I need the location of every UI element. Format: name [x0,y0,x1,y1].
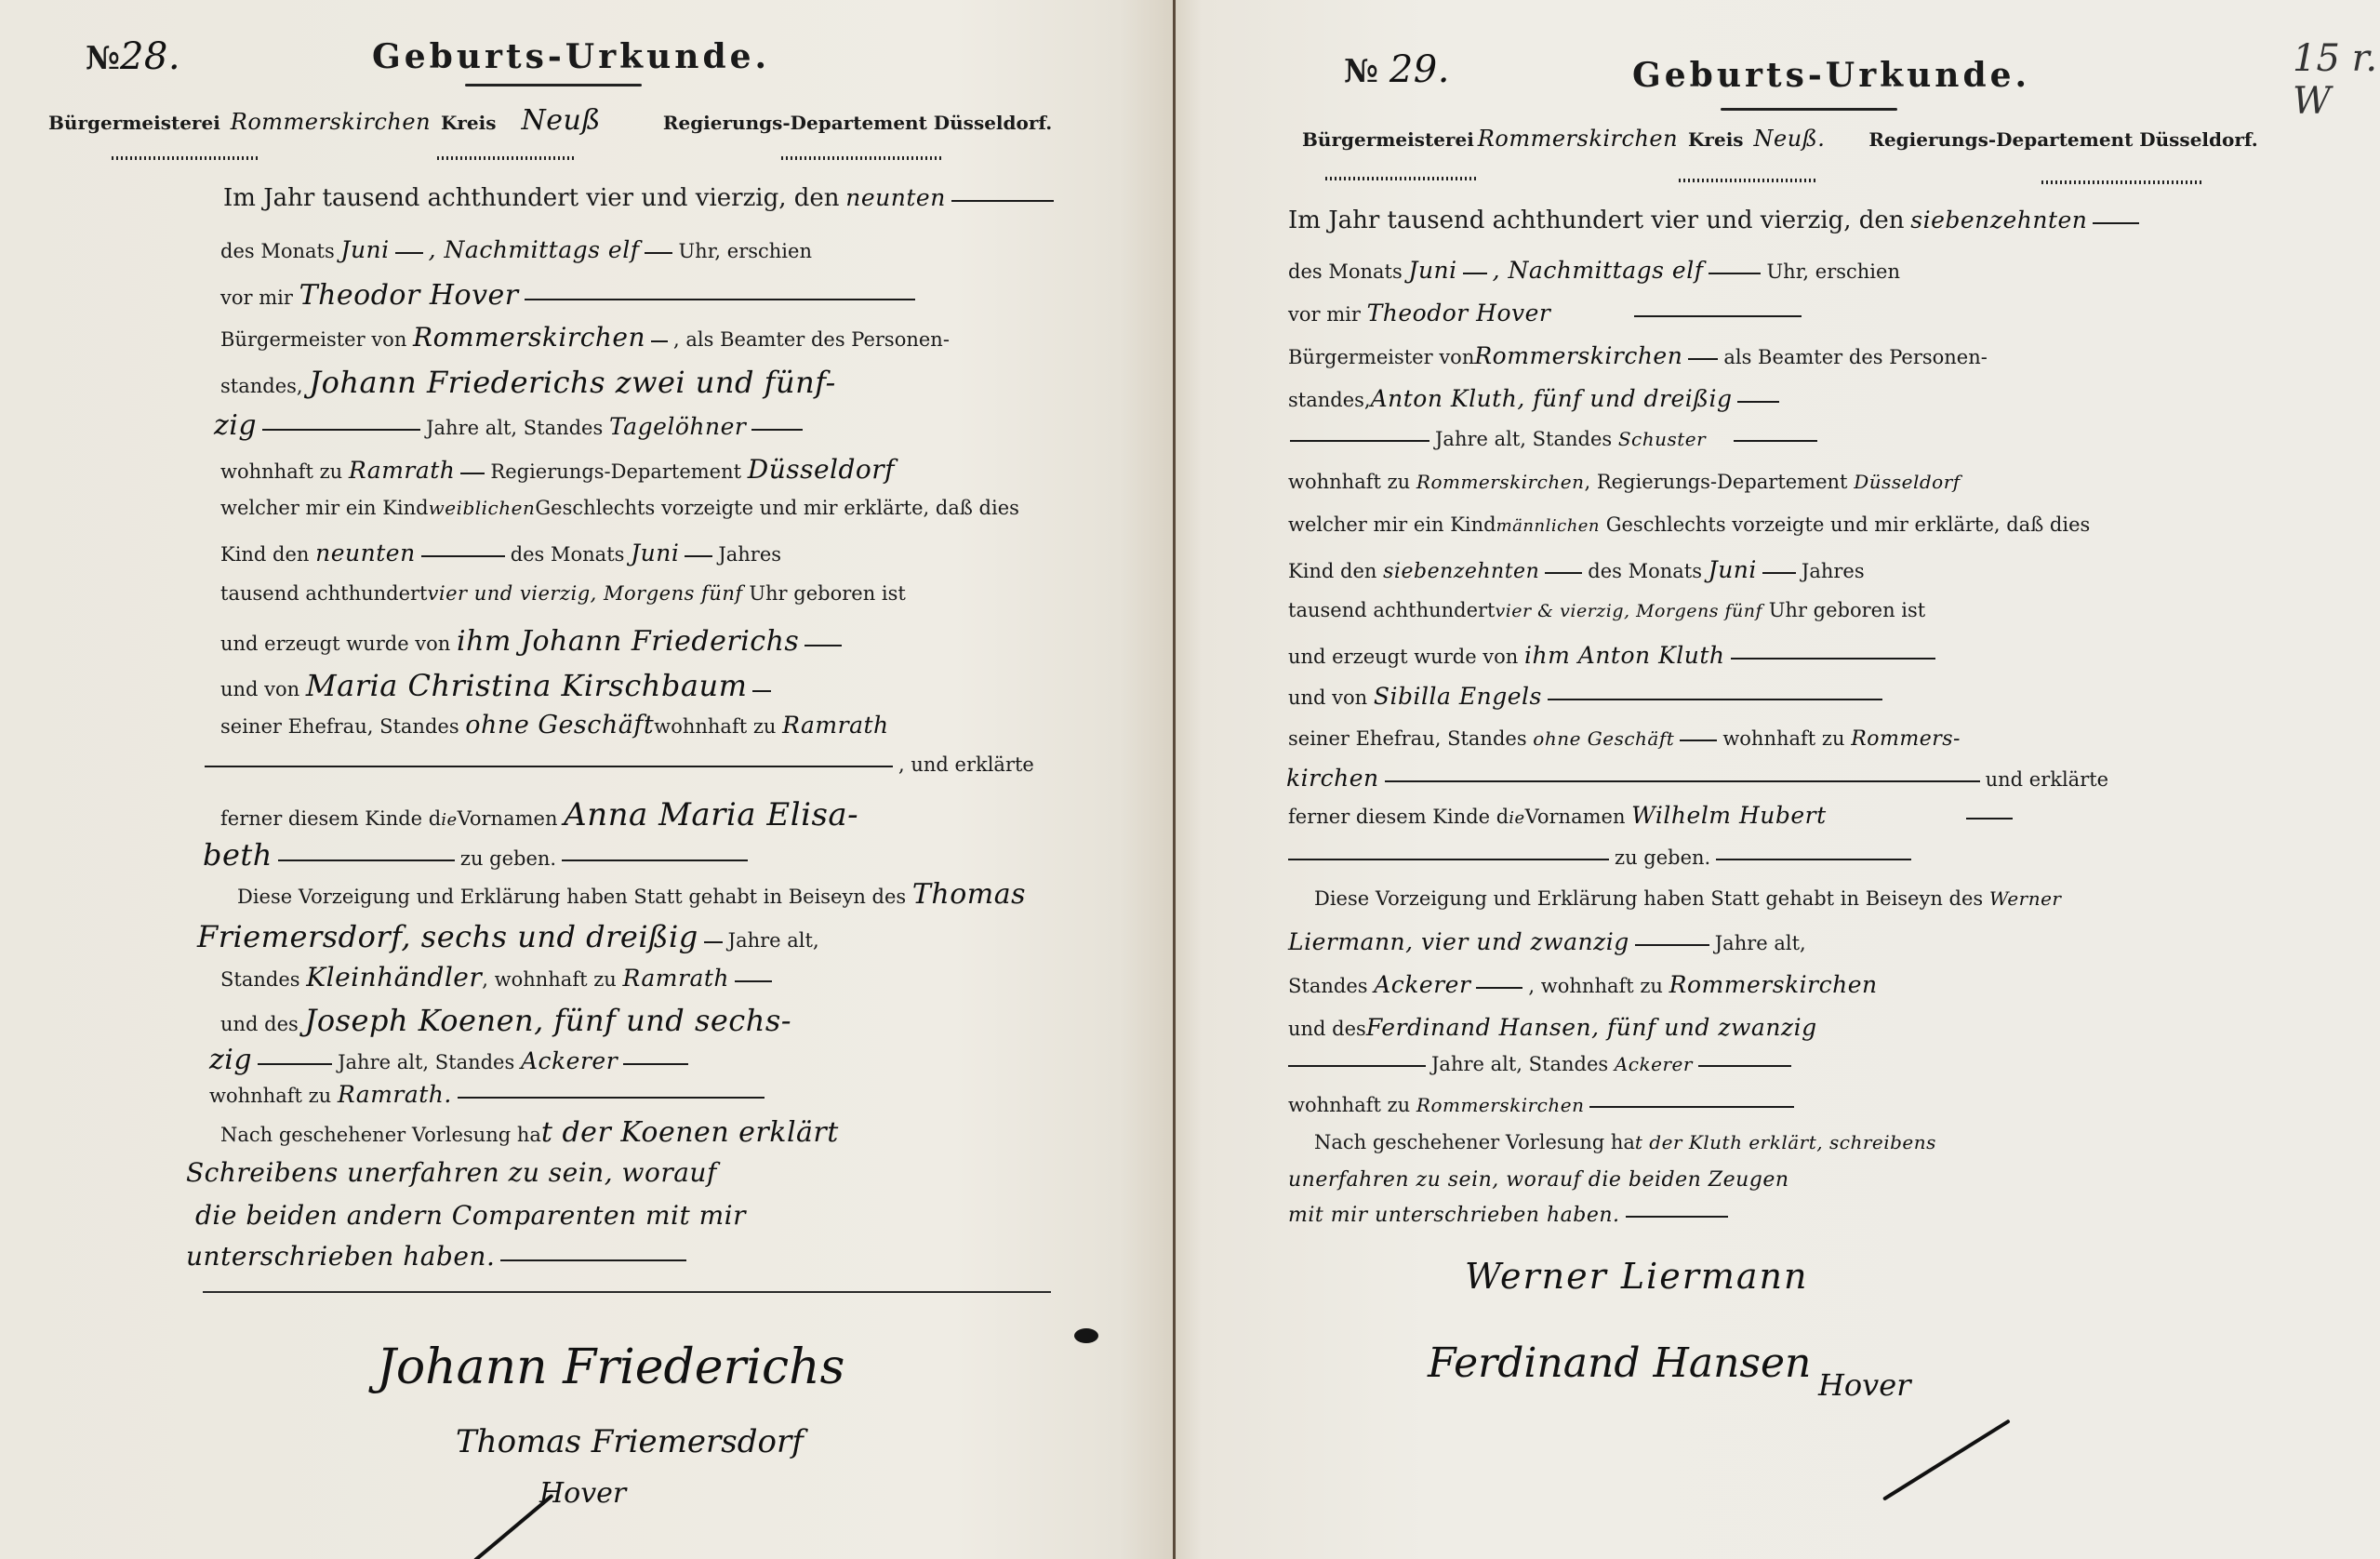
printed-text: des Monats [1588,560,1702,582]
text-line: Im Jahr tausend achthundert vier und vie… [223,184,1059,212]
buergermeisterei-value: Rommerskirchen [231,109,431,135]
handwritten-entry: ihm Anton Kluth [1524,642,1724,669]
fill-line [1288,859,1609,860]
printed-text: Uhr geboren ist [749,582,906,605]
handwritten-entry: neunten [845,184,946,211]
printed-text: wohnhaft zu [220,460,342,483]
handwritten-entry: vier und vierzig, Morgens fünf [428,582,743,605]
printed-text: als Beamter des Personen- [1723,346,1988,368]
text-line: Im Jahr tausend achthundert vier und vie… [1288,207,2145,234]
text-line: Schreibens unerfahren zu sein, worauf [186,1157,717,1188]
text-line: vor mir Theodor Hover [1288,300,1807,326]
fill-line [1548,699,1882,700]
printed-text: und erklärte [1986,768,2109,791]
title-rule [1721,108,1897,111]
certificate-title: Geburts-Urkunde. [372,37,770,76]
handwritten-entry: Tagelöhner [609,413,746,440]
printed-text: Geschlechts vorzeigte und mir erklärte, … [1606,513,2091,536]
printed-text: Diese Vorzeigung und Erklärung haben Sta… [1314,887,1983,910]
handwritten-entry: Theodor Hover [299,279,519,312]
text-line: Friemersdorf, sechs und dreißigJahre alt… [197,919,819,954]
certificate-number-value: 29. [1389,48,1450,91]
printed-text: Jahre alt, Standes [338,1051,514,1073]
fill-line [278,859,455,861]
printed-text: Jahre alt, Standes [1435,428,1612,450]
printed-text: des Monats [1288,260,1403,283]
fill-line [1680,740,1717,741]
printed-text: ferner diesem Kinde d [220,807,441,830]
printed-text: und von [220,678,299,700]
printed-text: wohnhaft zu [209,1085,331,1107]
margin-annotation: 15 r. W [2293,37,2380,123]
handwritten-entry: Anton Kluth, fünf und dreißig [1371,385,1733,412]
text-line: wohnhaft zu Rommerskirchen [1288,1094,1800,1116]
printed-text: Uhr, erschien [678,240,812,262]
printed-text: , Regierungs-Departement [1584,471,1847,493]
text-line: vor mir Theodor Hover [220,279,921,312]
kreis-label: Kreis [441,112,497,134]
printed-text: zu geben. [1615,846,1710,869]
printed-text: Vornamen [458,807,558,830]
text-line: Kind den neuntendes Monats JuniJahres [220,540,781,566]
handwritten-entry: männlichen [1496,516,1600,536]
fill-line [651,340,668,342]
text-line: Diese Vorzeigung und Erklärung haben Sta… [1314,887,2062,910]
text-line: zu geben. [1288,846,1917,869]
fill-line [1290,440,1429,442]
text-line: des Monats Juni, Nachmittags elfUhr, ers… [220,236,812,263]
printed-text: und erzeugt wurde von [220,633,450,655]
handwritten-entry: neunten [315,540,416,566]
printed-text: Geschlechts vorzeigte und mir erklärte, … [535,497,1019,519]
ink-blot [1074,1328,1098,1343]
printed-text: Bürgermeister von [1288,346,1474,368]
printed-text: Standes [1288,975,1368,997]
printed-text: wohnhaft zu [1722,727,1844,750]
printed-text: welcher mir ein Kind [220,497,429,519]
handwritten-entry: unterschrieben haben. [186,1241,495,1272]
handwritten-entry: Rommers- [1851,727,1961,751]
fill-line [525,299,915,300]
handwritten-entry: Johann Friederichs zwei und fünf- [309,365,835,400]
printed-text: , als Beamter des Personen- [673,328,950,351]
signature-mayor: Hover [539,1477,626,1510]
fill-line [421,555,505,557]
handwritten-entry: t der Koenen erklärt [541,1116,839,1149]
printed-text: , und erklärte [898,753,1034,776]
text-line: mit mir unterschrieben haben. [1288,1204,1734,1227]
fill-line [1626,1216,1728,1218]
fill-line [2093,222,2139,224]
text-line: Jahre alt, Standes Ackerer [1288,1053,1797,1075]
text-line: Nach geschehener Vorlesung hat der Koene… [220,1116,839,1149]
text-line: und des Joseph Koenen, fünf und sechs- [220,1003,791,1038]
printed-text: tausend achthundert [1288,599,1496,621]
printed-text: wohnhaft zu [1288,1094,1410,1116]
regierung-label: Regierungs-Departement Düsseldorf. [663,112,1052,134]
text-line: Diese Vorzeigung und Erklärung haben Sta… [237,878,1026,911]
printed-text: , wohnhaft zu [482,968,617,991]
fill-line [1545,572,1582,574]
printed-text: vor mir [1288,303,1361,326]
fill-line [1463,273,1487,274]
printed-text: standes, [220,375,303,397]
text-line: zigJahre alt, Standes Tagelöhner [214,409,808,442]
signature-divider [203,1291,1051,1293]
fill-line [1634,315,1802,317]
handwritten-entry: Ramrath [622,965,729,992]
printed-text: Kind den [220,543,309,566]
printed-text: wohnhaft zu [1288,471,1410,493]
printed-text: seiner Ehefrau, Standes [220,715,459,738]
text-line: und erzeugt wurde von ihm Anton Kluth [1288,642,1941,669]
fill-line [951,200,1054,202]
decorative-rule [112,156,260,160]
printed-text: Kind den [1288,560,1376,582]
printed-text: Im Jahr tausend achthundert vier und vie… [223,184,840,212]
handwritten-entry: ie [1509,808,1524,828]
printed-text: Regierungs-Departement [490,460,741,483]
kreis-value: Neuß [522,104,601,137]
handwritten-entry: Ramrath [782,712,889,739]
text-line: Kind den siebenzehntendes Monats JuniJah… [1288,556,1865,583]
text-line: seiner Ehefrau, Standes ohne Geschäftwoh… [1288,727,1961,751]
buergermeisterei-value: Rommerskirchen [1478,126,1678,152]
certificate-number: № 29. [1344,48,1450,91]
text-line: die beiden andern Comparenten mit mir [195,1200,746,1231]
handwritten-entry: t der Kluth erklärt, schreibens [1635,1131,1936,1153]
handwritten-entry: Ackerer [1374,971,1470,998]
handwritten-entry: Rommerskirchen [1416,471,1585,493]
handwritten-entry: kirchen [1286,765,1379,792]
handwritten-entry: zig [214,409,257,442]
handwritten-entry: die beiden andern Comparenten mit mir [195,1200,746,1231]
handwritten-entry: unerfahren zu sein, worauf die beiden Ze… [1288,1168,1789,1192]
header-row: Bürgermeisterei Rommerskirchen Kreis Neu… [48,104,1052,137]
text-line: welcher mir ein Kindmännlichen Geschlech… [1288,513,2090,536]
left-page-certificate-28: №28. Geburts-Urkunde. Bürgermeisterei Ro… [0,0,1172,1559]
text-line: und von Sibilla Engels [1288,683,1888,710]
handwritten-entry: Juni [631,540,679,566]
printed-text: Jahre alt, Standes [1431,1053,1608,1075]
handwritten-entry: Rommerskirchen [1669,971,1878,998]
printed-text: Jahres [718,543,781,566]
text-line: unterschrieben haben. [186,1241,692,1272]
handwritten-entry: Ramrath. [338,1081,452,1108]
printed-text: Jahres [1802,560,1865,582]
handwritten-entry: Friemersdorf, sechs und dreißig [197,919,698,954]
handwritten-entry: , Nachmittags elf [429,236,640,263]
certificate-title: Geburts-Urkunde. [1632,56,2030,95]
fill-line [1476,987,1522,989]
fill-line [1589,1106,1794,1108]
certificate-number-value: 28. [120,35,180,78]
handwritten-entry: Düsseldorf [1854,471,1960,493]
signature-flourish [1882,1419,2011,1501]
fill-line [1716,859,1911,860]
kreis-label: Kreis [1688,128,1744,151]
fill-line [1966,818,2013,819]
text-line: des Monats Juni, Nachmittags elfUhr, ers… [1288,257,1900,284]
fill-line [1709,273,1761,274]
text-line: Jahre alt, Standes Schuster [1290,428,1823,450]
handwritten-entry: beth [203,837,273,873]
handwritten-entry: , Nachmittags elf [1493,257,1704,284]
right-page-certificate-29: № 29. Geburts-Urkunde. BürgermeistereiRo… [1177,0,2380,1559]
printed-text: Nach geschehener Vorlesung ha [220,1124,541,1146]
printed-text: zu geben. [460,847,556,870]
printed-text: und des [1288,1018,1366,1040]
handwritten-entry: ohne Geschäft [465,711,654,740]
text-line: ferner diesem Kinde dieVornamen Anna Mar… [220,796,858,833]
text-line: Bürgermeister vonRommerskirchenals Beamt… [1288,342,1988,369]
fill-line [704,941,723,943]
text-line: und desFerdinand Hansen, fünf und zwanzi… [1288,1014,1817,1041]
handwritten-entry: Theodor Hover [1367,300,1551,326]
text-line: wohnhaft zu Ramrath. [209,1081,770,1108]
buergermeisterei-label: Bürgermeisterei [48,112,220,134]
number-sign: № [86,40,120,77]
printed-text: Bürgermeister von [220,328,406,351]
printed-text: Uhr geboren ist [1769,599,1926,621]
text-line: und von Maria Christina Kirschbaum [220,668,777,703]
text-line: tausend achthundertvier und vierzig, Mor… [220,582,906,605]
handwritten-entry: weiblichen [429,497,536,519]
handwritten-entry: zig [209,1044,252,1076]
fill-line [623,1063,688,1065]
printed-text: Diese Vorzeigung und Erklärung haben Sta… [237,886,906,908]
handwritten-entry: siebenzehnten [1383,560,1539,583]
fill-line [500,1259,686,1261]
handwritten-entry: Kleinhändler [306,962,482,993]
printed-text: standes, [1288,389,1371,411]
book-gutter [1173,0,1176,1559]
fill-line [205,766,893,767]
title-rule [465,84,642,87]
printed-text: wohnhaft zu [654,715,776,738]
handwritten-entry: Ramrath [349,457,456,484]
printed-text: Nach geschehener Vorlesung ha [1314,1131,1635,1153]
decorative-rule [437,156,577,160]
handwritten-entry: Thomas [912,878,1026,911]
text-line: kirchenund erklärte [1286,765,2108,792]
printed-text: und von [1288,686,1367,709]
text-line: standes,Anton Kluth, fünf und dreißig [1288,385,1785,412]
decorative-rule [1679,179,1818,182]
decorative-rule [781,156,944,160]
printed-text: Im Jahr tausend achthundert vier und vie… [1288,207,1905,234]
fill-line [562,859,748,861]
printed-text: des Monats [511,543,625,566]
number-sign: № [1344,53,1378,90]
text-line: , und erklärte [205,753,1034,776]
fill-line [1635,944,1709,946]
fill-line [1734,440,1817,442]
text-line: Standes Ackerer, wohnhaft zu Rommerskirc… [1288,971,1878,998]
handwritten-entry: Schuster [1618,428,1706,450]
printed-text: welcher mir ein Kind [1288,513,1496,536]
fill-line [1737,401,1779,403]
handwritten-entry: Juni [1408,257,1456,284]
printed-text: und erzeugt wurde von [1288,646,1518,668]
printed-text: Jahre alt, [728,929,819,952]
printed-text: ferner diesem Kinde d [1288,806,1509,828]
text-line: ferner diesem Kinde dieVornamen Wilhelm … [1288,802,2018,829]
buergermeisterei-label: Bürgermeisterei [1302,128,1474,151]
printed-text: tausend achthundert [220,582,428,605]
text-line: wohnhaft zu RamrathRegierungs-Departemen… [220,454,895,485]
signature-mayor: Hover [1818,1367,1910,1403]
signature-witness-2: Ferdinand Hansen [1428,1339,1811,1387]
fill-line [1385,780,1980,782]
text-line: wohnhaft zu Rommerskirchen, Regierungs-D… [1288,471,1961,493]
handwritten-entry: Ferdinand Hansen, fünf und zwanzig [1366,1014,1817,1041]
handwritten-entry: Rommerskirchen [413,322,645,353]
handwritten-entry: Anna Maria Elisa- [564,796,858,833]
handwritten-entry: vier & vierzig, Morgens fünf [1496,601,1763,621]
handwritten-entry: Maria Christina Kirschbaum [306,668,748,703]
text-line: unerfahren zu sein, worauf die beiden Ze… [1288,1168,1789,1192]
regierung-label: Regierungs-Departement Düsseldorf. [1868,128,2257,151]
printed-text: Uhr, erschien [1766,260,1900,283]
signature-flourish [473,1494,554,1559]
handwritten-entry: siebenzehnten [1910,207,2087,233]
decorative-rule [1325,177,1479,180]
fill-line [645,252,672,254]
printed-text: Standes [220,968,300,991]
fill-line [258,1063,332,1065]
decorative-rule [2041,180,2204,184]
fill-line [1731,658,1935,660]
printed-text: Jahre alt, Standes [426,417,603,439]
printed-text: , wohnhaft zu [1528,975,1663,997]
fill-line [685,555,712,557]
text-line: Standes Kleinhändler, wohnhaft zu Ramrat… [220,962,778,993]
fill-line [1288,1065,1426,1067]
handwritten-entry: Düsseldorf [748,454,895,485]
printed-text: und des [220,1013,299,1035]
fill-line [1688,358,1718,360]
printed-text: vor mir [220,286,293,309]
printed-text: Jahre alt, [1715,932,1806,954]
handwritten-entry: Sibilla Engels [1374,683,1542,710]
fill-line [458,1097,765,1099]
fill-line [1698,1065,1791,1067]
handwritten-entry: Rommerskirchen [1416,1094,1585,1116]
fill-line [395,252,423,254]
handwritten-entry: ihm Johann Friederichs [457,625,799,658]
handwritten-entry: Liermann, vier und zwanzig [1288,928,1629,955]
signature-witness: Thomas Friemersdorf [456,1423,804,1460]
printed-text: seiner Ehefrau, Standes [1288,727,1527,750]
signature-father: Johann Friederichs [377,1339,844,1395]
fill-line [460,473,485,474]
fill-line [804,645,842,646]
kreis-value: Neuß. [1754,126,1826,152]
certificate-number: №28. [86,35,180,78]
handwritten-entry: Rommerskirchen [1474,342,1682,369]
handwritten-entry: Werner [1989,887,2062,910]
text-line: standes, Johann Friederichs zwei und fün… [220,365,836,400]
handwritten-entry: Schreibens unerfahren zu sein, worauf [186,1157,717,1188]
fill-line [752,690,771,692]
printed-text: des Monats [220,240,335,262]
text-line: bethzu geben. [203,837,753,873]
handwritten-entry: Ackerer [1615,1053,1693,1075]
handwritten-entry: Juni [1709,556,1757,583]
handwritten-entry: mit mir unterschrieben haben. [1288,1204,1620,1227]
text-line: tausend achthundertvier & vierzig, Morge… [1288,599,1925,621]
text-line: Liermann, vier und zwanzigJahre alt, [1288,928,1806,955]
fill-line [735,980,772,982]
printed-text: Vornamen [1525,806,1626,828]
text-line: Bürgermeister von Rommerskirchen, als Be… [220,322,950,353]
fill-line [1762,572,1796,574]
fill-line [262,429,420,431]
handwritten-entry: Juni [340,236,389,263]
handwritten-entry: Wilhelm Hubert [1631,802,1827,829]
book-spread: №28. Geburts-Urkunde. Bürgermeisterei Ro… [0,0,2380,1559]
text-line: seiner Ehefrau, Standes ohne Geschäftwoh… [220,711,889,740]
signature-witness-1: Werner Liermann [1465,1256,1809,1297]
handwritten-entry: Ackerer [521,1047,618,1074]
handwritten-entry: ie [441,810,457,830]
text-line: welcher mir ein KindweiblichenGeschlecht… [220,497,1019,519]
header-row: BürgermeistereiRommerskirchen Kreis Neuß… [1302,126,2258,152]
text-line: und erzeugt wurde von ihm Johann Frieder… [220,625,847,658]
handwritten-entry: ohne Geschäft [1533,727,1674,750]
text-line: Nach geschehener Vorlesung hat der Kluth… [1314,1131,1936,1153]
text-line: zigJahre alt, Standes Ackerer [209,1044,694,1076]
fill-line [751,429,803,431]
handwritten-entry: Joseph Koenen, fünf und sechs- [305,1003,792,1038]
